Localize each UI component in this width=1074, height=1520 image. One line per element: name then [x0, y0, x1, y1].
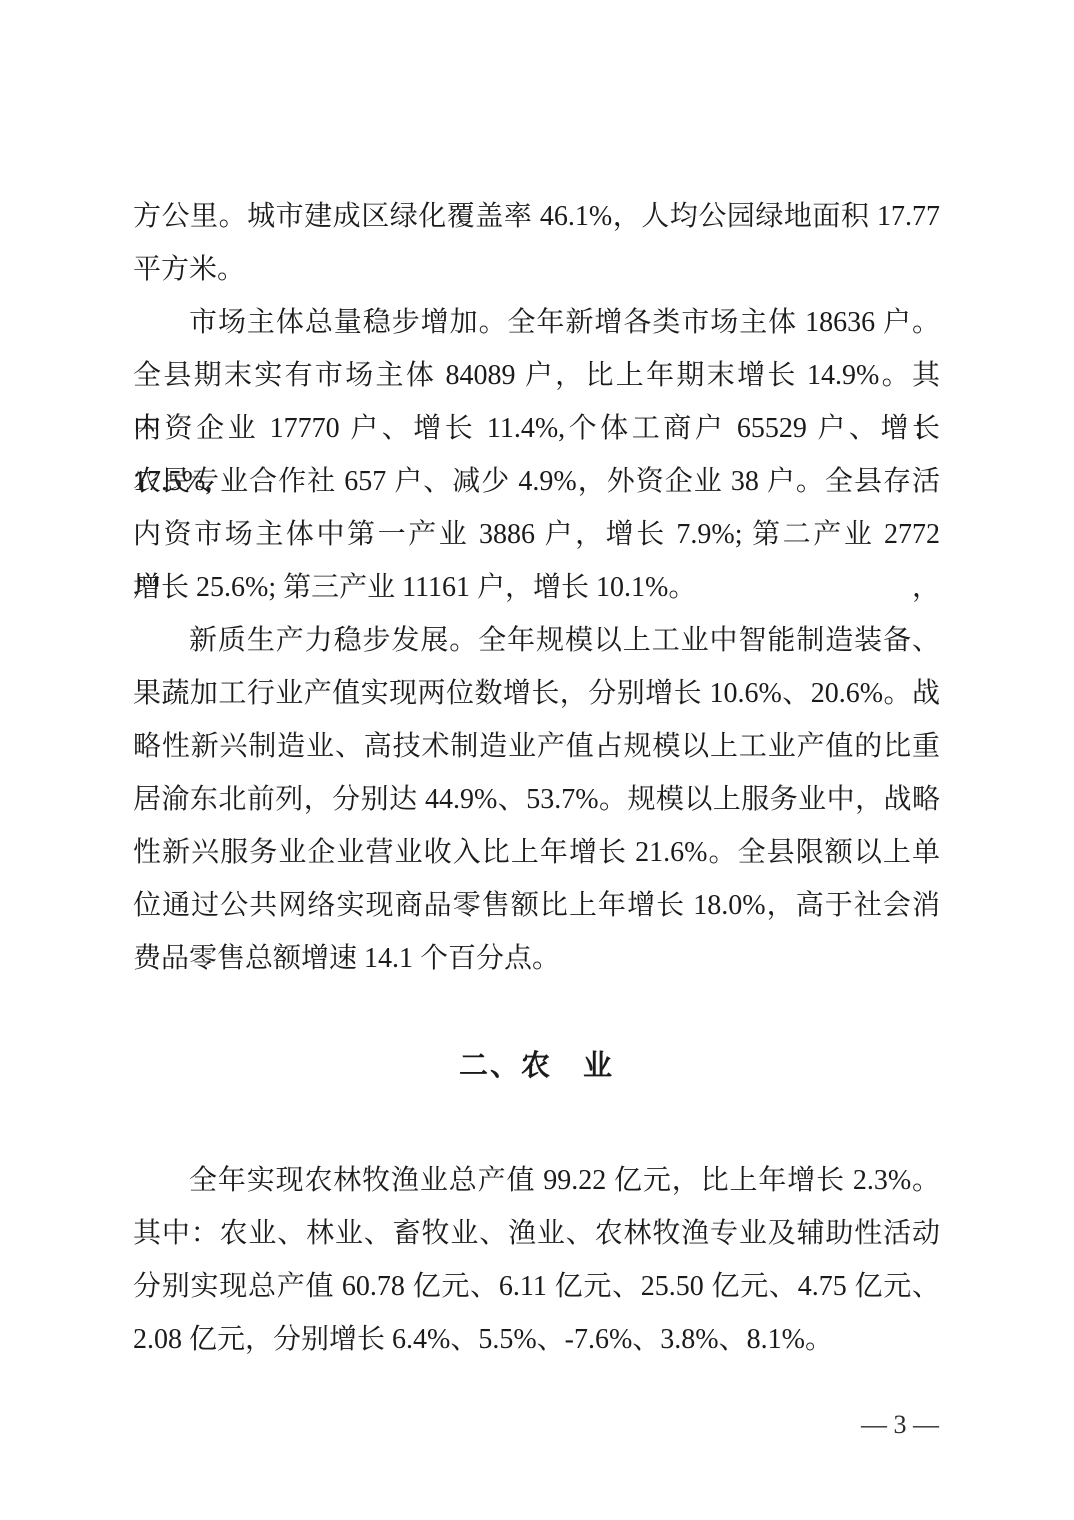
text-line: 全年实现农林牧渔业总产值 99.22 亿元，比上年增长 2.3%。: [133, 1154, 940, 1207]
page-number: — 3 —: [845, 1398, 955, 1451]
text-line: 位通过公共网络实现商品零售额比上年增长 18.0%，高于社会消: [133, 879, 940, 932]
text-line: 新质生产力稳步发展。全年规模以上工业中智能制造装备、: [133, 614, 940, 667]
text-line: 全县期末实有市场主体 84089 户，比上年期末增长 14.9%。其中：: [133, 349, 940, 402]
text-column: 方公里。城市建成区绿化覆盖率 46.1%，人均公园绿地面积 17.77 平方米。…: [133, 190, 940, 1366]
text-line: 内资市场主体中第一产业 3886 户，增长 7.9%; 第二产业 2772 户，: [133, 508, 940, 561]
text-line: 费品零售总额增速 14.1 个百分点。: [133, 932, 940, 985]
text-line: 居渝东北前列，分别达 44.9%、53.7%。规模以上服务业中，战略: [133, 773, 940, 826]
text-line: 果蔬加工行业产值实现两位数增长，分别增长 10.6%、20.6%。战: [133, 667, 940, 720]
text-line: 分别实现总产值 60.78 亿元、6.11 亿元、25.50 亿元、4.75 亿…: [133, 1260, 940, 1313]
text-line: 方公里。城市建成区绿化覆盖率 46.1%，人均公园绿地面积 17.77: [133, 190, 940, 243]
text-line: 其中：农业、林业、畜牧业、渔业、农林牧渔专业及辅助性活动: [133, 1207, 940, 1260]
text-line: 平方米。: [133, 243, 940, 296]
text-line: 略性新兴制造业、高技术制造业产值占规模以上工业产值的比重: [133, 720, 940, 773]
text-line: 农民专业合作社 657 户、减少 4.9%，外资企业 38 户。全县存活: [133, 455, 940, 508]
text-line: 市场主体总量稳步增加。全年新增各类市场主体 18636 户。: [133, 296, 940, 349]
text-line: 内资企业 17770 户、增长 11.4%,个体工商户 65529 户、增长 1…: [133, 402, 940, 455]
text-line: 2.08 亿元，分别增长 6.4%、5.5%、-7.6%、3.8%、8.1%。: [133, 1313, 940, 1366]
section-heading: 二、农 业: [133, 1040, 940, 1093]
text-line: 性新兴服务业企业营业收入比上年增长 21.6%。全县限额以上单: [133, 826, 940, 879]
document-page: 方公里。城市建成区绿化覆盖率 46.1%，人均公园绿地面积 17.77 平方米。…: [0, 0, 1074, 1520]
